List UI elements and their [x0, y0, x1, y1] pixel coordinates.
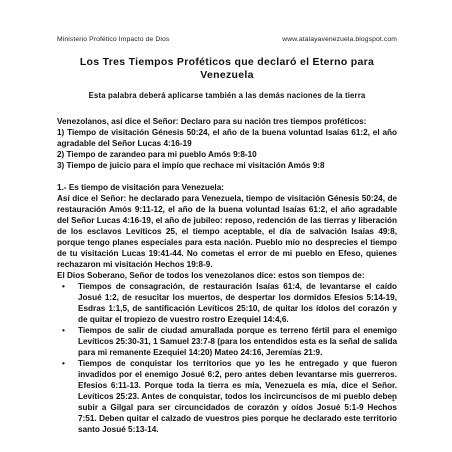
prophetic-time-item-2: 2) Tiempo de zarandeo para mi pueblo Amó…: [57, 149, 397, 160]
prophetic-time-item-1: 1) Tiempo de visitación Génesis 50:24, e…: [57, 127, 397, 149]
list-item: • Tiempos de conquistar los territorios …: [57, 358, 397, 435]
document-subtitle: Esta palabra deberá aplicarse también a …: [57, 91, 397, 100]
document-page: Ministerio Profético Impacto de Dios www…: [0, 0, 452, 452]
intro-lead-paragraph: Venezolanos, así dice el Señor: Declaro …: [57, 116, 397, 127]
header-blog-url: www.atalayavenezuela.blogspot.com: [282, 36, 397, 43]
prophetic-time-item-3: 3) Tiempo de juicio para el impío que re…: [57, 160, 397, 171]
list-item: • Tiempos de salir de ciudad amurallada …: [57, 325, 397, 358]
times-bullet-list: • Tiempos de consagración, de restauraci…: [57, 281, 397, 435]
bullet-icon: •: [62, 281, 65, 292]
document-content: Ministerio Profético Impacto de Dios www…: [57, 36, 397, 435]
section1-times-lead: El Dios Soberano, Señor de todos los ven…: [57, 270, 397, 281]
header-ministry-name: Ministerio Profético Impacto de Dios: [57, 36, 169, 43]
list-item-text: Tiempos de salir de ciudad amurallada po…: [78, 326, 397, 357]
bullet-icon: •: [62, 325, 65, 336]
list-item-text: Tiempos de conquistar los territorios qu…: [78, 359, 397, 434]
list-item-text: Tiempos de consagración, de restauración…: [78, 282, 397, 324]
section1-heading: 1.- Es tiempo de visitación para Venezue…: [57, 182, 397, 193]
document-title: Los Tres Tiempos Proféticos que declaró …: [65, 56, 389, 82]
page-header: Ministerio Profético Impacto de Dios www…: [57, 36, 397, 43]
bullet-icon: •: [62, 358, 65, 369]
section1-body-paragraph: Así dice el Señor: he declarado para Ven…: [57, 193, 397, 270]
document-body: Venezolanos, así dice el Señor: Declaro …: [57, 116, 397, 435]
list-item: • Tiempos de consagración, de restauraci…: [57, 281, 397, 325]
page-number: 1: [391, 396, 395, 403]
